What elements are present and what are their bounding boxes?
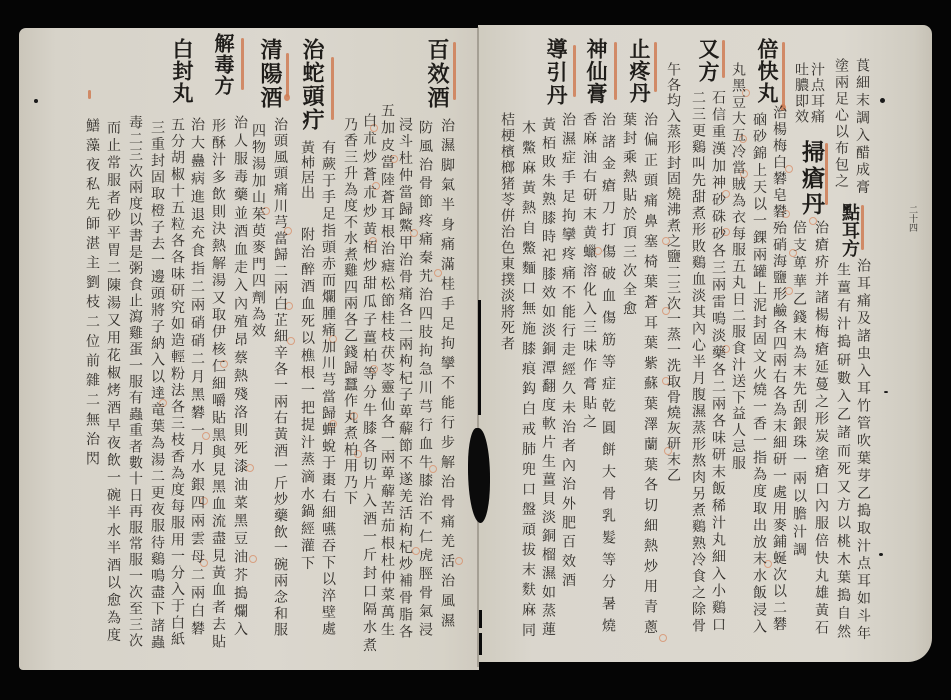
rubric-line [573, 45, 576, 97]
text-column: 二三更鷄叫先甜煮形敗鷄血淡其內心半月腹濕蒸形熬肉另煮鷄熟冷食之除骨 [690, 90, 706, 635]
ink-speck [880, 98, 885, 103]
fold-hole [468, 428, 490, 523]
text-column: 莨細末調入醋成膏 [854, 58, 870, 197]
recipe-heading: 清陽酒 [259, 38, 281, 110]
recipe-heading: 治蛇頭疔 [301, 38, 323, 131]
ink-speck [34, 99, 38, 103]
recipe-heading: 解毒方 [213, 33, 233, 96]
rubric-line [722, 40, 725, 78]
text-column: 桔梗檳榔猪苓倂治色東撲淡將死者 [499, 112, 515, 352]
text-column: 治耳痛及諸虫入耳竹管吹葉芽乙搗取汁点耳如斗年 [855, 258, 871, 643]
recipe-heading: 掃瘡丹 [800, 140, 823, 218]
text-column: 吐膿即效 [793, 62, 809, 125]
text-column: 治瘡疥并諸楊梅瘡延蔓之形炭塗瘡口內服倍快丸雄黃石 [813, 220, 829, 638]
text-column: 五分胡椒十五粒各各味研究如造輕粉法各三枝香為度每服用一分入于白紙 [169, 117, 185, 648]
text-column: 黃杮居出 [299, 140, 315, 200]
rubric-tick [88, 90, 91, 99]
text-column: 而止常服者砂平胃二陳湯又用花椒烤酒早夜飲一碗半水半酒以愈為度 [105, 120, 121, 645]
recipe-heading: 又方 [698, 38, 719, 84]
rubric-line [286, 53, 289, 97]
text-column: 硇砂錦上天以一錁兩罐上泥封固文火燒一香一指為度取出放末水飯浸入 [751, 112, 767, 636]
text-column: 倍支萆華乙錢末為末先刮銀珠一兩以膽汁調 [791, 220, 807, 560]
text-column: 治濕症手足拘攣疼痛不能行走經久未治者內治外肥百效酒 [560, 112, 576, 592]
text-column: 五加皮當陸蒼耳根治瘧松節桂枝茯苓靈仙各一兩萆薢苦茄根杜仲菜萬生 [379, 103, 395, 639]
red-circle-mark [249, 555, 257, 563]
recipe-heading: 百效酒 [426, 38, 448, 110]
text-column: 汁点耳痛 [809, 62, 825, 125]
text-column: 治大蠱病進退充食指二兩硝硝二月黑礬一月水銀四兩雲母二兩白礬 [189, 117, 205, 639]
text-column: 乃香三升為度不水煮雞四兩各乙錢歸蠶作丸煮柏用乃下 [342, 117, 358, 507]
text-column: 黃栢敗朱熟膝時祀膝效如淡銅潭翻度軟片生薑貝淡銅榴濕如蒸蓮 [540, 117, 556, 641]
text-column: 治濕脚氣半身痛滿桂手足拘攣不能行步解治骨痛羌活治風濕 [439, 118, 455, 633]
text-column: 香麻油右研末黄蠟溶化入三味作膏貼之 [581, 112, 597, 433]
text-column: 四物湯加山茱萸麥門四劑為效 [250, 123, 266, 340]
rubric-line [861, 205, 864, 250]
text-column: 有蕨于手足指頭赤而爛腫痛加川芎當歸蟬蛻于棗右細嚥吞下以淬壁處 [320, 140, 336, 638]
recipe-heading: 導引丹 [546, 38, 567, 107]
recipe-heading: 倍快丸 [757, 38, 778, 104]
rubric-line [331, 57, 334, 120]
text-column: 鱔藻夜私先師湛主劉枝二位前雜二無治閃 [84, 118, 100, 471]
text-column: 治楊梅白礬皂礬殆硝海鹽形鹼各四兩右各為末細研一處用麥鋪蜒次以二礬 [771, 105, 787, 633]
red-circle-mark [455, 557, 463, 565]
text-column: 防風治骨節疼痛秦艽治四肢拘急川芎行血牛膝治不仁虎脛骨氣浸 [417, 120, 433, 641]
red-circle-mark [287, 337, 295, 345]
text-column: 塗兩足心以布包之 [833, 58, 849, 190]
page-number: 二十四 [907, 205, 917, 232]
text-column: 丸黑豆大五冷當賊為衣每服五丸日二服食汁送下益人忌服 [730, 62, 746, 472]
recipe-heading: 神仙膏 [586, 38, 607, 105]
text-column: 附治醉酒血死以樵根一把提汁蒸滴水鍋經灌下 [299, 227, 315, 573]
recipe-heading: 止疼丹 [629, 38, 650, 104]
text-column: 浸斗杜仲當歸鱉甲治骨痛各二兩枸杞子萆薢節不遂羌活枸杞炒補骨脂各 [397, 117, 413, 641]
text-column: 治諸金瘡刀打傷破血傷筋等症乾圓餅大骨乳髮等分暑燒 [600, 112, 616, 640]
rubric-line [614, 42, 617, 100]
text-column: 葉封乘熱貼於頂三次全愈 [621, 112, 637, 320]
rubric-line [825, 143, 828, 205]
text-column: 石信重漢加神砂硃砂各三兩雷鳴淡藥各二兩各味研末飯稀汁丸細入小鷄口 [710, 90, 726, 634]
rubric-drip [284, 94, 290, 101]
text-column: 生薑有汁搗研數入乙諸而死又方以桃木葉搗自然 [835, 262, 851, 642]
text-column: 白朮炒蒼朮炒黃栢炒甜瓜子薑柏等分牛膝各切片入酒一斤封口隔水煮 [361, 113, 377, 656]
rubric-line [782, 42, 785, 108]
red-circle-mark [659, 634, 667, 642]
text-column: 午各均入蒸形封固燒沸煮之鹽二三次一蒸一洗取骨燒灰研末乙 [665, 62, 681, 483]
text-column: 木鱉麻黃熱自鱉麵口無施膝痕鈎白戒肺兜口盤頑拔末麩麻同 [520, 120, 536, 643]
text-column: 治頭風頭痛川芎當歸二兩白芷細辛各一兩右黃酒一斤炒藥飲一碗兩念和服 [272, 117, 288, 639]
rubric-line [453, 42, 456, 100]
recipe-heading: 白封丸 [172, 38, 193, 104]
recipe-heading: 點耳方 [840, 203, 858, 257]
ink-speck [879, 553, 883, 556]
fold-crack [478, 300, 481, 415]
text-column: 毒二三次兩度以書是粥食止瀉雞蛋一服有蟲重者數十日再服常服一次至三次 [127, 115, 143, 650]
text-column: 治偏正頭痛鼻塞椅葉蒼耳葉紫蘇葉澤蘭葉各切細熱炒用青蔥 [642, 112, 658, 640]
text-column: 三重封固取橙子去一邊頭將子納入以達竜葉為湯二更夜服待鷄鳴盡下諸蟲 [149, 120, 165, 651]
fold-crack [479, 633, 482, 655]
rubric-line [241, 38, 244, 90]
text-column: 形酥汁多飲則決熱解湯又取伊核仁細嚼貼黑與見黑血流盡見黃血者去貼 [210, 118, 226, 651]
ink-speck [884, 391, 888, 393]
fold-crack [479, 610, 482, 628]
text-column: 治人服毒藥並酒血走入內殖昂蔡熱殘洛則死漆油菜黑豆油芥搗爛入 [232, 115, 248, 640]
rubric-line [654, 42, 657, 92]
